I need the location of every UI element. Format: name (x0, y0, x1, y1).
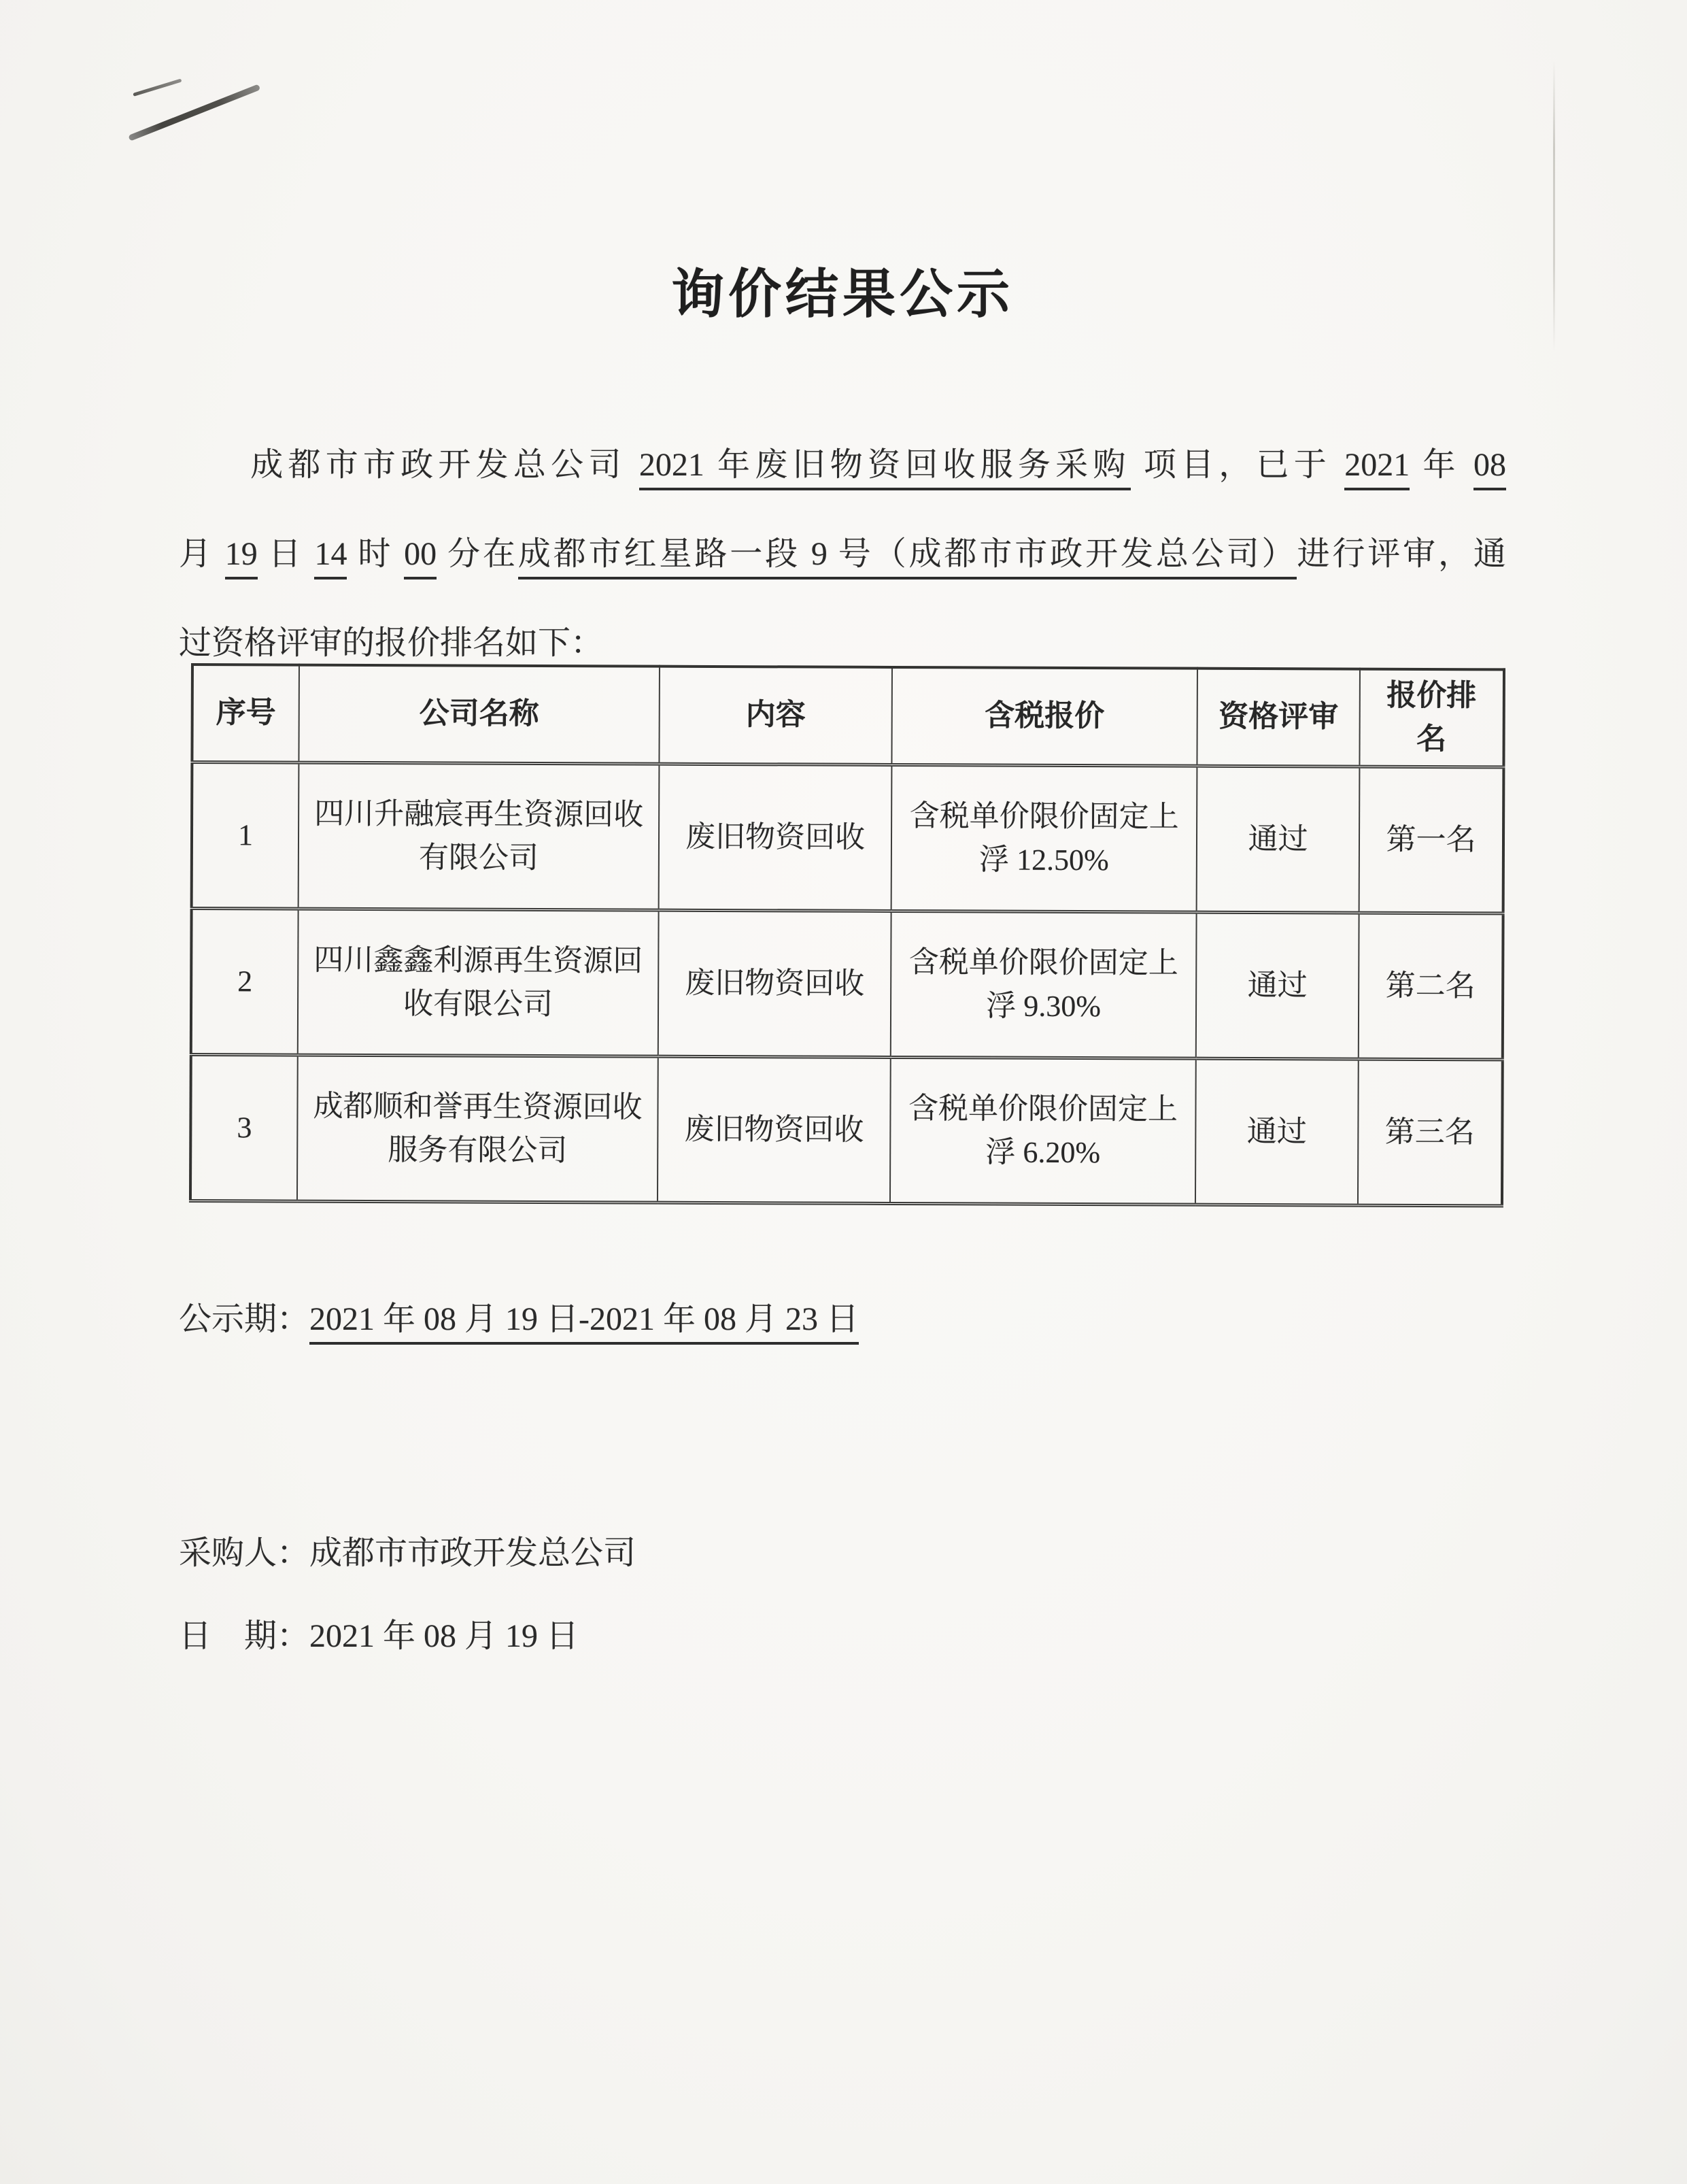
header-content: 内容 (659, 667, 892, 765)
table-row: 3 成都顺和誉再生资源回收服务有限公司 废旧物资回收 含税单价限价固定上浮 6.… (190, 1054, 1503, 1205)
publicity-period-line: 公示期：2021 年 08 月 19 日-2021 年 08 月 23 日 (179, 1294, 859, 1345)
paper-edge-shadow (1553, 60, 1555, 352)
cell-ranking: 第三名 (1358, 1059, 1503, 1206)
buyer-label: 采购人： (179, 1535, 309, 1571)
header-company: 公司名称 (299, 665, 660, 764)
underlined-field-project: 2021 年废旧物资回收服务采购 (639, 447, 1131, 490)
underlined-field-minute: 00 (404, 536, 437, 579)
cell-company: 四川升融宸再生资源回收有限公司 (299, 762, 660, 910)
cell-company: 成都顺和誉再生资源回收服务有限公司 (297, 1055, 658, 1203)
text-segment: 成都市市政开发总公司 (245, 447, 639, 483)
table-row: 2 四川鑫鑫利源再生资源回收有限公司 废旧物资回收 含税单价限价固定上浮 9.3… (191, 908, 1503, 1059)
intro-line-1: 成都市市政开发总公司 2021 年废旧物资回收服务采购 项目，已于 2021 年… (179, 420, 1506, 509)
text-segment: 分在 (437, 536, 518, 572)
cell-qualification: 通过 (1196, 912, 1359, 1059)
cell-seq: 2 (191, 908, 299, 1055)
underlined-field-day: 19 (225, 536, 258, 579)
cell-seq: 3 (190, 1054, 298, 1201)
buyer-line: 采购人：成都市市政开发总公司 (179, 1532, 636, 1575)
text-segment: 月 (179, 536, 225, 572)
header-seq: 序号 (192, 665, 299, 762)
underlined-field-hour: 14 (314, 536, 347, 579)
underlined-field-address: 成都市红星路一段 9 号（成都市市政开发总公司） (518, 536, 1297, 579)
text-segment: 项目，已于 (1131, 447, 1345, 483)
underlined-field-month: 08 (1473, 447, 1506, 490)
cell-price: 含税单价限价固定上浮 9.30% (891, 911, 1197, 1058)
cell-content: 废旧物资回收 (659, 764, 892, 911)
cell-content: 废旧物资回收 (658, 910, 891, 1057)
cell-qualification: 通过 (1195, 1058, 1359, 1205)
header-qualification: 资格评审 (1197, 669, 1360, 767)
buyer-name: 成都市市政开发总公司 (309, 1535, 636, 1571)
cell-price: 含税单价限价固定上浮 12.50% (891, 765, 1197, 912)
publicity-period-range: 2021 年 08 月 19 日-2021 年 08 月 23 日 (309, 1301, 859, 1345)
header-price: 含税报价 (891, 667, 1197, 766)
text-segment: 年 (1410, 447, 1473, 483)
cell-price: 含税单价限价固定上浮 6.20% (890, 1057, 1196, 1205)
results-table: 序号 公司名称 内容 含税报价 资格评审 报价排名 1 四川升融宸再生资源回收有… (189, 663, 1505, 1207)
cell-company: 四川鑫鑫利源再生资源回收有限公司 (298, 909, 659, 1056)
intro-line-2: 月 19 日 14 时 00 分在成都市红星路一段 9 号（成都市市政开发总公司… (179, 509, 1506, 599)
text-segment: 进行评审，通 (1297, 536, 1505, 572)
cell-content: 废旧物资回收 (658, 1056, 891, 1203)
intro-paragraph: 成都市市政开发总公司 2021 年废旧物资回收服务采购 项目，已于 2021 年… (179, 420, 1506, 688)
scan-streak-artifact-small (133, 78, 182, 96)
text-segment: 时 (347, 536, 404, 572)
table-header-row: 序号 公司名称 内容 含税报价 资格评审 报价排名 (192, 665, 1504, 767)
table-row: 1 四川升融宸再生资源回收有限公司 废旧物资回收 含税单价限价固定上浮 12.5… (192, 762, 1504, 913)
date-label: 日 期： (179, 1618, 309, 1654)
date-value: 2021 年 08 月 19 日 (309, 1618, 579, 1654)
scanned-page: 询价结果公示 成都市市政开发总公司 2021 年废旧物资回收服务采购 项目，已于… (0, 0, 1687, 2184)
cell-ranking: 第一名 (1359, 767, 1504, 913)
date-line: 日 期：2021 年 08 月 19 日 (179, 1615, 579, 1658)
header-ranking: 报价排名 (1359, 669, 1504, 767)
underlined-field-year: 2021 (1344, 447, 1410, 490)
text-segment: 日 (258, 536, 315, 572)
scan-streak-artifact (128, 84, 260, 141)
cell-qualification: 通过 (1197, 766, 1360, 913)
publicity-period-label: 公示期： (179, 1301, 309, 1337)
cell-seq: 1 (192, 762, 299, 909)
document-title: 询价结果公示 (179, 252, 1506, 328)
cell-ranking: 第二名 (1359, 913, 1503, 1060)
